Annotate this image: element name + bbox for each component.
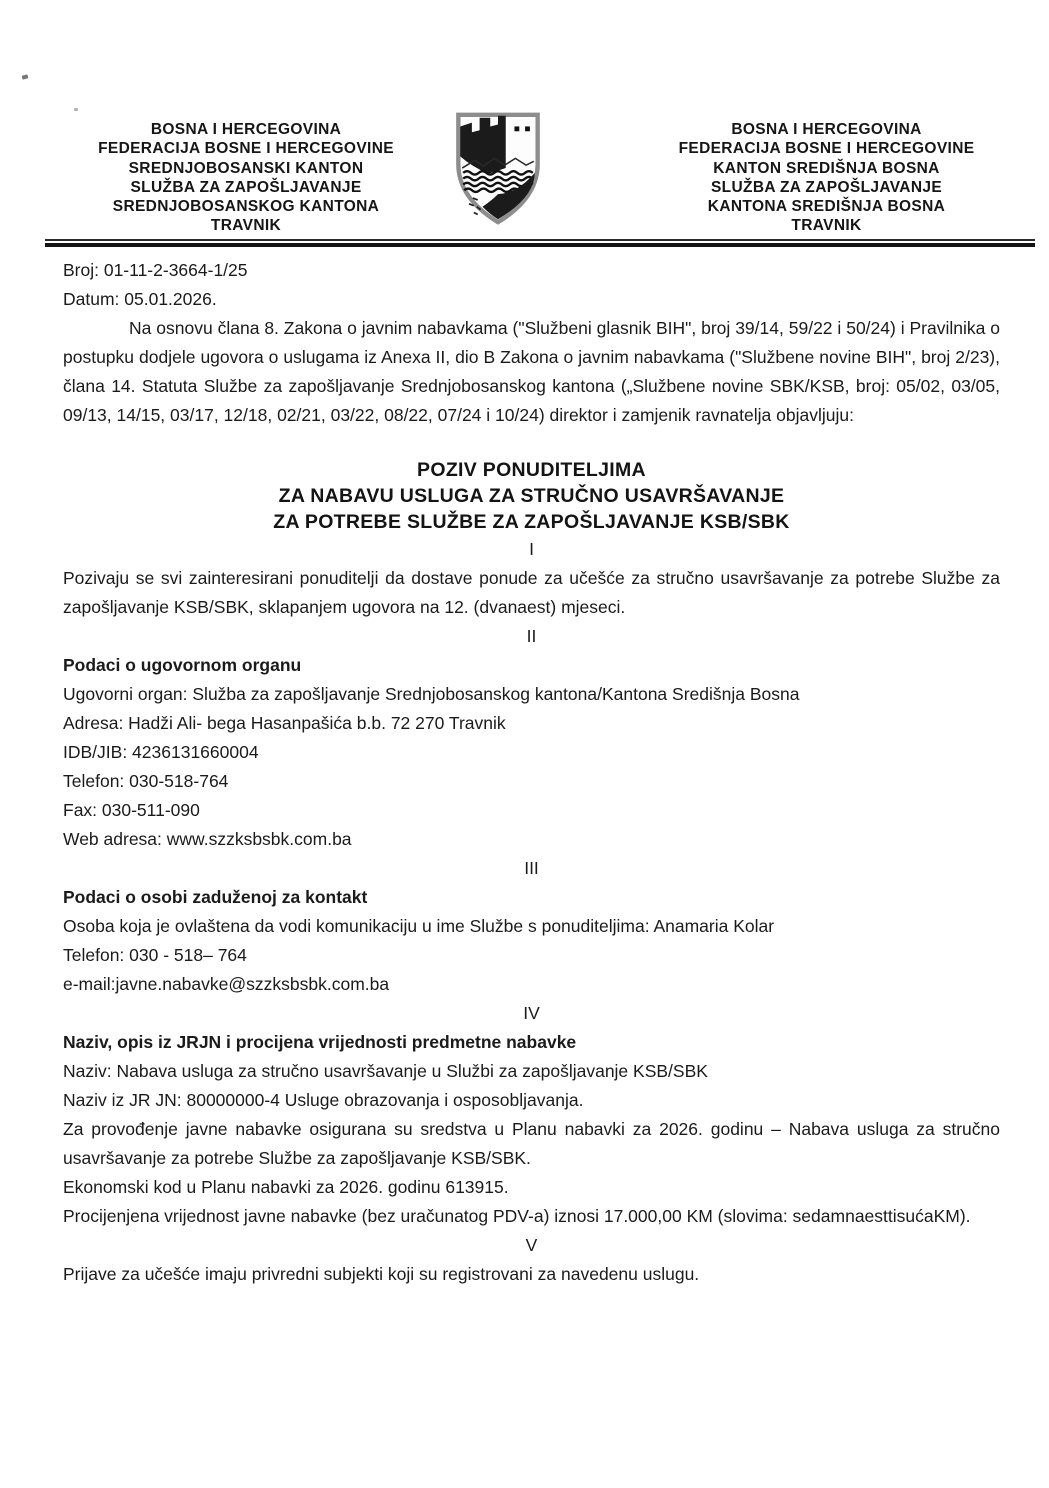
letterhead-left-line: SREDNJOBOSANSKI KANTON — [45, 159, 447, 178]
section-2-numeral: II — [63, 622, 1000, 651]
phone: Telefon: 030-518-764 — [63, 767, 1000, 796]
coat-of-arms-icon — [449, 110, 547, 228]
section-4-numeral: IV — [63, 999, 1000, 1028]
section-4-heading: Naziv, opis iz JRJN i procijena vrijedno… — [63, 1028, 1000, 1057]
letterhead-left-line: BOSNA I HERCEGOVINA — [45, 120, 447, 139]
letterhead-left: BOSNA I HERCEGOVINA FEDERACIJA BOSNE I H… — [45, 120, 447, 236]
procurement-name: Naziv: Nabava usluga za stručno usavršav… — [63, 1057, 1000, 1086]
contact-email: e-mail:javne.nabavke@szzksbsbk.com.ba — [63, 970, 1000, 999]
scan-speck — [22, 74, 29, 79]
scan-speck — [74, 108, 78, 111]
web-address: Web adresa: www.szzksbsbk.com.ba — [63, 825, 1000, 854]
section-5-paragraph: Prijave za učešće imaju privredni subjek… — [63, 1260, 1000, 1289]
address: Adresa: Hadži Ali- bega Hasanpašića b.b.… — [63, 709, 1000, 738]
idb-jib: IDB/JIB: 4236131660004 — [63, 738, 1000, 767]
letterhead-right-line: KANTON SREDIŠNJA BOSNA — [628, 159, 1025, 178]
contact-person: Osoba koja je ovlaštena da vodi komunika… — [63, 912, 1000, 941]
letterhead-right-line: SLUŽBA ZA ZAPOŠLJAVANJE — [628, 178, 1025, 197]
letterhead-left-line: SLUŽBA ZA ZAPOŠLJAVANJE — [45, 178, 447, 197]
letterhead-right-line: KANTONA SREDIŠNJA BOSNA — [628, 197, 1025, 216]
letterhead-right-line: TRAVNIK — [628, 216, 1025, 235]
letterhead-right-line: FEDERACIJA BOSNE I HERCEGOVINE — [628, 139, 1025, 158]
intro-paragraph: Na osnovu člana 8. Zakona o javnim nabav… — [63, 314, 1000, 430]
document-page: BOSNA I HERCEGOVINA FEDERACIJA BOSNE I H… — [0, 0, 1049, 1488]
doc-title-line: POZIV PONUDITELJIMA — [63, 457, 1000, 483]
letterhead-right-line: BOSNA I HERCEGOVINA — [628, 120, 1025, 139]
jrjn-code: Naziv iz JR JN: 80000000-4 Usluge obrazo… — [63, 1086, 1000, 1115]
contracting-authority: Ugovorni organ: Služba za zapošljavanje … — [63, 680, 1000, 709]
funding-paragraph: Za provođenje javne nabavke osigurana su… — [63, 1115, 1000, 1173]
fax: Fax: 030-511-090 — [63, 796, 1000, 825]
section-2-heading: Podaci o ugovornom organu — [63, 651, 1000, 680]
section-1-numeral: I — [63, 535, 1000, 564]
doc-date: Datum: 05.01.2026. — [63, 285, 1000, 314]
doc-title: POZIV PONUDITELJIMA ZA NABAVU USLUGA ZA … — [63, 457, 1000, 535]
doc-number: Broj: 01-11-2-3664-1/25 — [63, 256, 1000, 285]
section-1-paragraph: Pozivaju se svi zainteresirani ponuditel… — [63, 564, 1000, 622]
letterhead-left-line: TRAVNIK — [45, 216, 447, 235]
header-divider — [45, 239, 1035, 247]
estimated-value: Procijenjena vrijednost javne nabavke (b… — [63, 1202, 1000, 1231]
section-5-numeral: V — [63, 1231, 1000, 1260]
section-3-heading: Podaci o osobi zaduženoj za kontakt — [63, 883, 1000, 912]
letterhead-right: BOSNA I HERCEGOVINA FEDERACIJA BOSNE I H… — [628, 120, 1025, 236]
contact-phone: Telefon: 030 - 518– 764 — [63, 941, 1000, 970]
section-3-numeral: III — [63, 854, 1000, 883]
document-body: Broj: 01-11-2-3664-1/25 Datum: 05.01.202… — [63, 256, 1000, 1289]
doc-title-line: ZA NABAVU USLUGA ZA STRUČNO USAVRŠAVANJE — [63, 483, 1000, 509]
letterhead-left-line: FEDERACIJA BOSNE I HERCEGOVINE — [45, 139, 447, 158]
economic-code: Ekonomski kod u Planu nabavki za 2026. g… — [63, 1173, 1000, 1202]
letterhead-left-line: SREDNJOBOSANSKOG KANTONA — [45, 197, 447, 216]
doc-title-line: ZA POTREBE SLUŽBE ZA ZAPOŠLJAVANJE KSB/S… — [63, 509, 1000, 535]
